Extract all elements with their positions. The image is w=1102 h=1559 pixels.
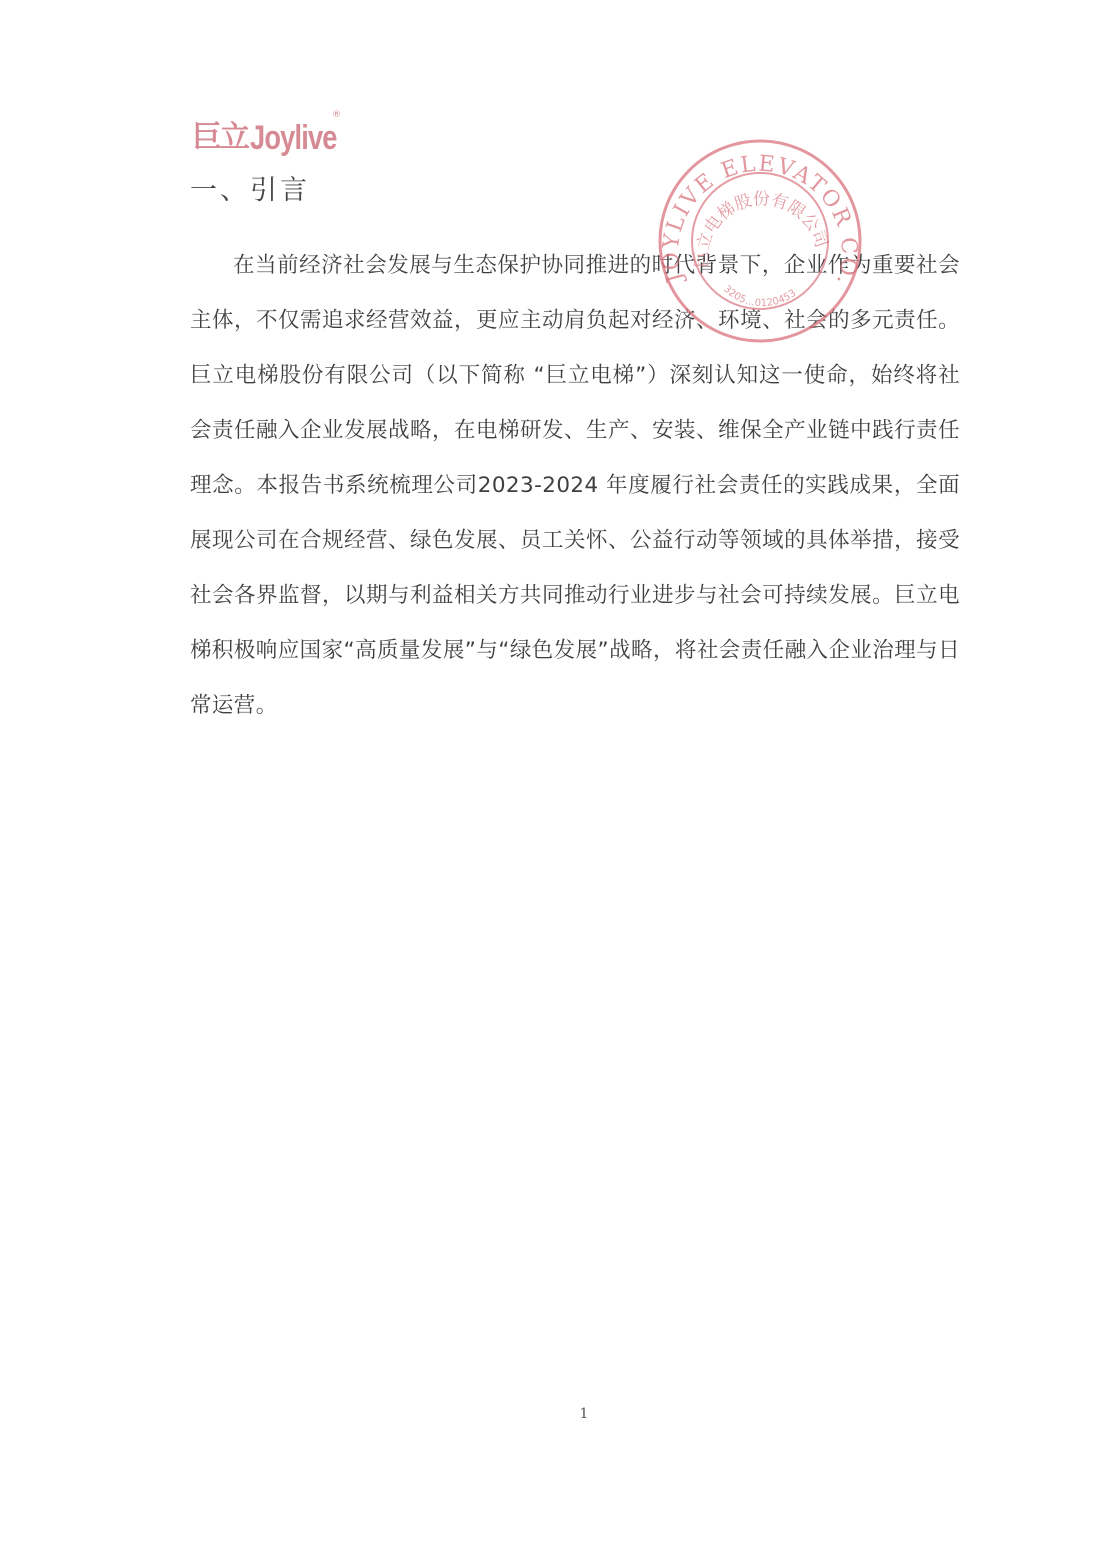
- company-logo: 巨立 Joylive ®: [192, 110, 358, 158]
- company-seal-icon: JOYLIVE ELEVATOR CO.,LTD 巨立电梯股份有限公司 3205…: [655, 136, 865, 346]
- registered-mark-icon: ®: [332, 110, 341, 120]
- logo-english: Joylive: [250, 118, 337, 158]
- svg-text:3205…0120453: 3205…0120453: [721, 284, 798, 309]
- svg-text:巨立电梯股份有限公司: 巨立电梯股份有限公司: [692, 189, 831, 268]
- svg-text:JOYLIVE ELEVATOR CO.,LTD: JOYLIVE ELEVATOR CO.,LTD: [655, 136, 861, 290]
- section-heading: 一、引言: [190, 168, 310, 207]
- logo-chinese: 巨立: [192, 118, 248, 158]
- page-number: 1: [0, 1406, 1102, 1422]
